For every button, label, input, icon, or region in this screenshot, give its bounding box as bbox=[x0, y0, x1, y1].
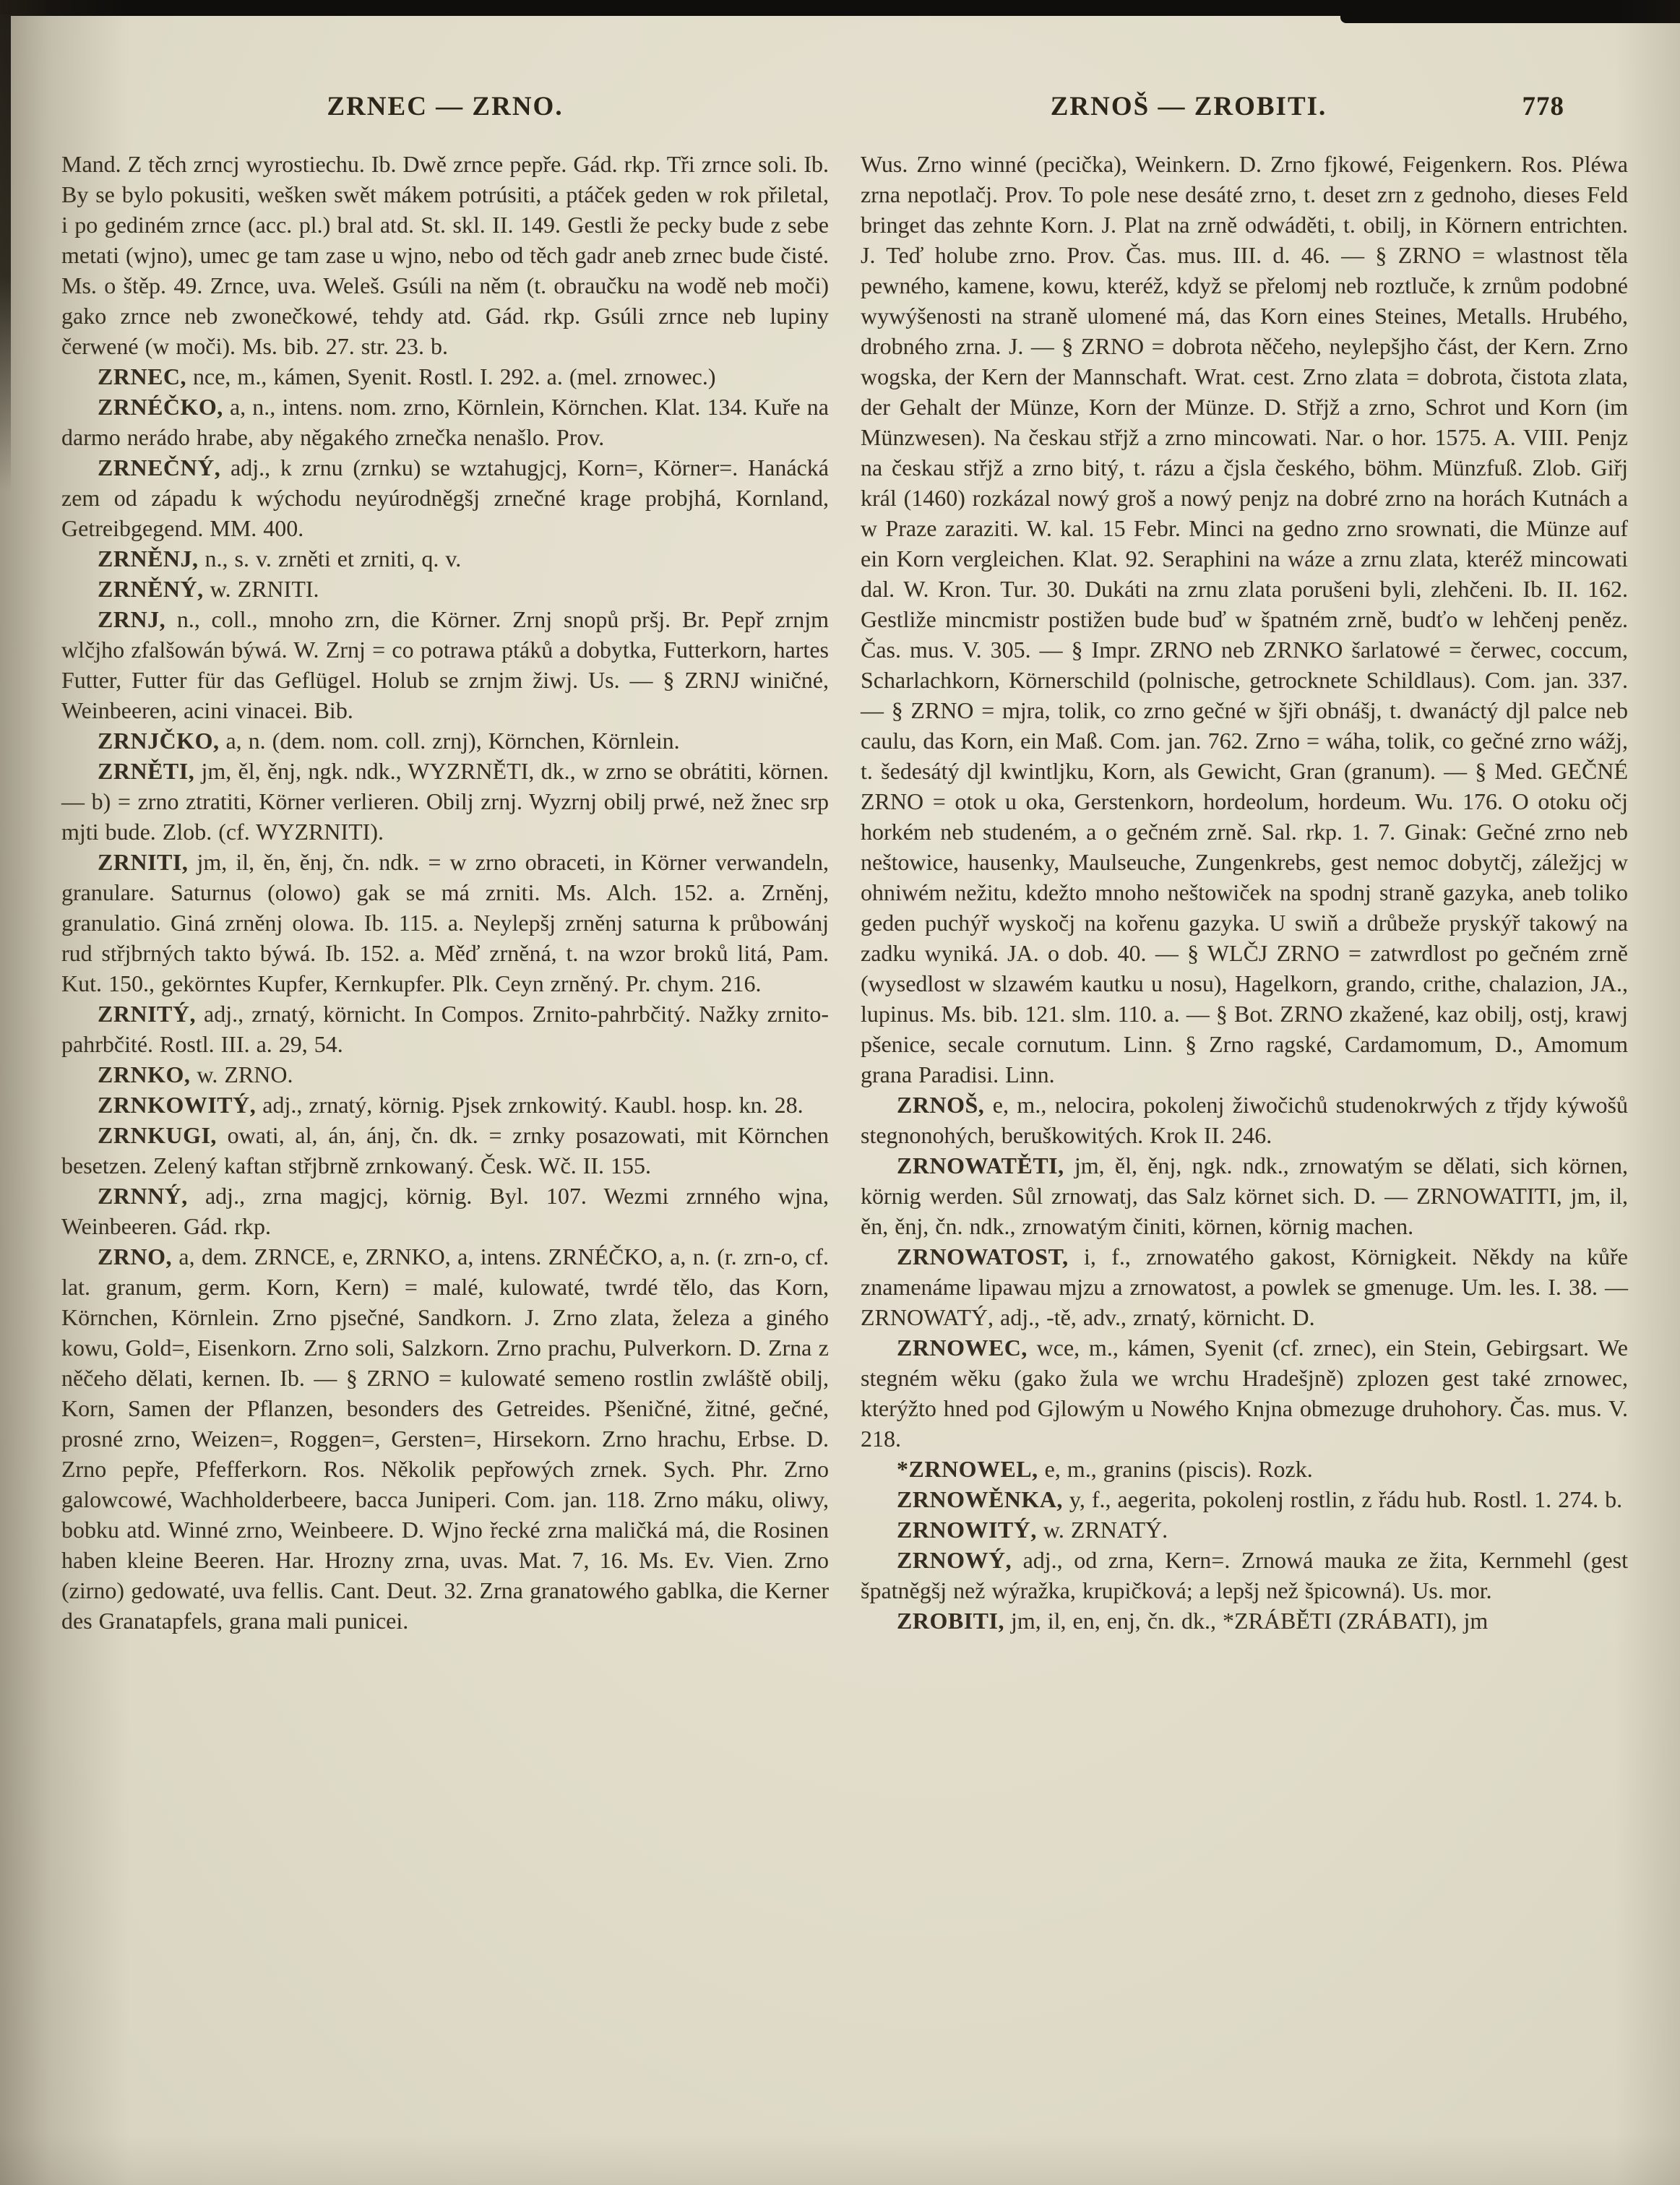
dictionary-entry: ZRNĚNJ, n., s. v. zrněti et zrniti, q. v… bbox=[61, 543, 829, 574]
entry-headword: ZRNĚNJ, bbox=[98, 546, 199, 572]
column-right: Wus. Zrno winné (pecička), Weinkern. D. … bbox=[861, 149, 1628, 1636]
dictionary-entry: ZRNO, a, dem. ZRNCE, e, ZRNKO, a, intens… bbox=[61, 1241, 829, 1636]
dictionary-entry: ZRNKOWITÝ, adj., zrnatý, körnig. Pjsek z… bbox=[61, 1090, 829, 1120]
entry-headword: ZROBITI, bbox=[897, 1608, 1004, 1634]
dictionary-entry: ZRNKUGI, owati, al, án, ánj, čn. dk. = z… bbox=[61, 1120, 829, 1181]
running-head-left: ZRNEC — ZRNO. bbox=[61, 91, 829, 122]
entry-headword: ZRNKOWITÝ, bbox=[98, 1092, 256, 1118]
dictionary-entry: ZRNOWEC, wce, m., kámen, Syenit (cf. zrn… bbox=[861, 1332, 1628, 1454]
entry-headword: ZRNOWEC, bbox=[897, 1335, 1028, 1361]
book-page-scan: ZRNEC — ZRNO. ZRNOŠ — ZROBITI. 778 Mand.… bbox=[0, 0, 1680, 2185]
entry-headword: ZRNEČNÝ, bbox=[98, 454, 220, 480]
dictionary-entry: ZRNÉČKO, a, n., intens. nom. zrno, Körnl… bbox=[61, 392, 829, 452]
page-number: 778 bbox=[1522, 91, 1565, 122]
dictionary-entry: ZRNOWITÝ, w. ZRNATÝ. bbox=[861, 1514, 1628, 1545]
dictionary-entry: ZRNITÝ, adj., zrnatý, körnicht. In Compo… bbox=[61, 999, 829, 1059]
dictionary-entry: Wus. Zrno winné (pecička), Weinkern. D. … bbox=[861, 149, 1628, 1090]
dictionary-entry: ZRNEČNÝ, adj., k zrnu (zrnku) se wztahug… bbox=[61, 452, 829, 543]
entry-headword: ZRNJ, bbox=[98, 606, 165, 632]
entry-headword: ZRNITI, bbox=[98, 849, 188, 875]
entry-headword: *ZRNOWEL, bbox=[897, 1456, 1038, 1482]
entry-headword: ZRNOŠ, bbox=[897, 1092, 984, 1118]
entry-headword: ZRNĚNÝ, bbox=[98, 576, 204, 602]
entry-headword: ZRNJČKO, bbox=[98, 728, 219, 754]
scan-left-edge bbox=[0, 14, 11, 491]
dictionary-entry: *ZRNOWEL, e, m., granins (piscis). Rozk. bbox=[861, 1454, 1628, 1484]
scan-top-right-edge bbox=[1340, 0, 1680, 23]
dictionary-entry: ZRNKO, w. ZRNO. bbox=[61, 1059, 829, 1090]
dictionary-entry: ZRNOWĚNKA, y, f., aegerita, pokolenj ros… bbox=[861, 1484, 1628, 1514]
entry-headword: ZRNO, bbox=[98, 1244, 172, 1270]
entry-headword: ZRNNÝ, bbox=[98, 1183, 188, 1209]
dictionary-entry: ZRNEC, nce, m., kámen, Syenit. Rostl. I.… bbox=[61, 361, 829, 392]
dictionary-entry: ZRNJČKO, a, n. (dem. nom. coll. zrnj), K… bbox=[61, 725, 829, 756]
entry-headword: ZRNOWATĚTI, bbox=[897, 1152, 1064, 1178]
dictionary-entry: ZROBITI, jm, il, en, enj, čn. dk., *ZRÁB… bbox=[861, 1606, 1628, 1636]
dictionary-entry: ZRNITI, jm, il, ěn, ěnj, čn. ndk. = w zr… bbox=[61, 847, 829, 999]
running-head-right: ZRNOŠ — ZROBITI. bbox=[871, 91, 1507, 122]
dictionary-entry: ZRNOWATOST, i, f., zrnowatého gakost, Kö… bbox=[861, 1241, 1628, 1332]
entry-headword: ZRNĚTI, bbox=[98, 758, 194, 784]
dictionary-entry: ZRNĚTI, jm, ěl, ěnj, ngk. ndk., WYZRNĚTI… bbox=[61, 756, 829, 847]
running-head-row: ZRNEC — ZRNO. ZRNOŠ — ZROBITI. 778 bbox=[0, 91, 1680, 127]
dictionary-entry: ZRNOWÝ, adj., od zrna, Kern=. Zrnowá mau… bbox=[861, 1545, 1628, 1606]
entry-headword: ZRNOWÝ, bbox=[897, 1547, 1012, 1573]
dictionary-entry: ZRNJ, n., coll., mnoho zrn, die Körner. … bbox=[61, 604, 829, 725]
entry-headword: ZRNOWATOST, bbox=[897, 1244, 1069, 1270]
entry-headword: ZRNÉČKO, bbox=[98, 394, 223, 420]
entry-headword: ZRNKO, bbox=[98, 1061, 190, 1087]
dictionary-entry: ZRNĚNÝ, w. ZRNITI. bbox=[61, 574, 829, 604]
dictionary-entry: ZRNNÝ, adj., zrna magjcj, körnig. Byl. 1… bbox=[61, 1181, 829, 1241]
column-left: Mand. Z těch zrncj wyrostiechu. Ib. Dwě … bbox=[61, 149, 829, 1636]
dictionary-entry: ZRNOWATĚTI, jm, ěl, ěnj, ngk. ndk., zrno… bbox=[861, 1150, 1628, 1241]
entry-headword: ZRNEC, bbox=[98, 363, 186, 389]
text-columns: Mand. Z těch zrncj wyrostiechu. Ib. Dwě … bbox=[61, 149, 1628, 1636]
entry-headword: ZRNOWĚNKA, bbox=[897, 1486, 1063, 1512]
entry-headword: ZRNITÝ, bbox=[98, 1001, 196, 1027]
entry-headword: ZRNKUGI, bbox=[98, 1122, 217, 1148]
dictionary-entry: ZRNOŠ, e, m., nelocira, pokolenj žiwočic… bbox=[861, 1090, 1628, 1150]
dictionary-entry: Mand. Z těch zrncj wyrostiechu. Ib. Dwě … bbox=[61, 149, 829, 361]
entry-headword: ZRNOWITÝ, bbox=[897, 1517, 1037, 1543]
